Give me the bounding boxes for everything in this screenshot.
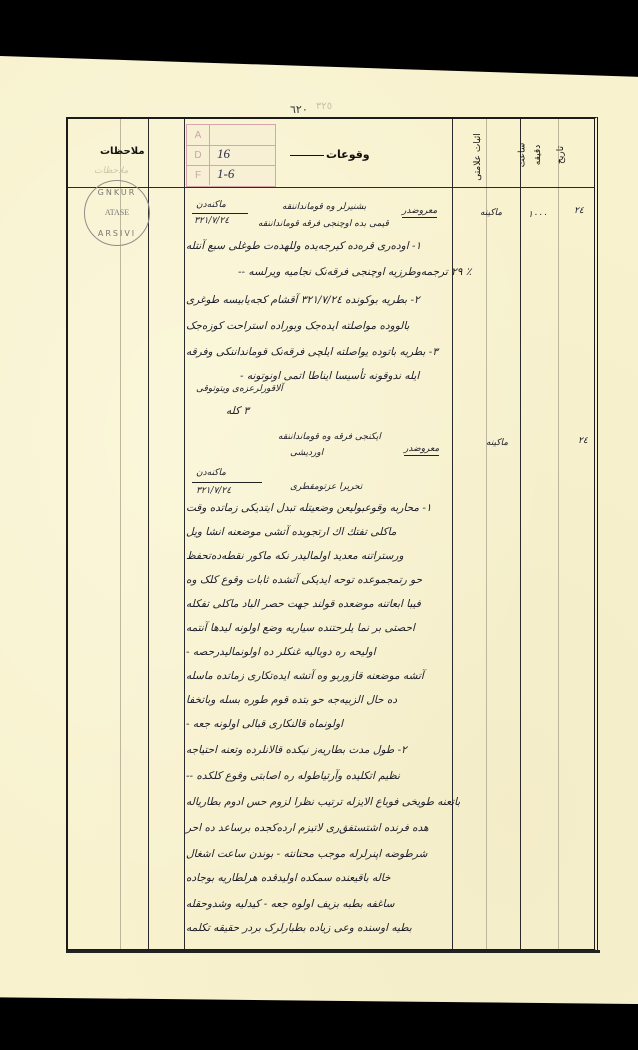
entry-2-heading: معروضدر bbox=[404, 444, 439, 456]
entry-2-line: خاله باقیعنده سمکده اولیدقده هرلطاریه بو… bbox=[186, 872, 391, 884]
attachment-inner-rule bbox=[486, 119, 487, 949]
entry-2-line: نظیم اتکلیده وآرتیاطوله ره اصابتی وقوع ک… bbox=[186, 770, 400, 782]
entry-2-marker: ماکینه bbox=[486, 438, 508, 448]
entry-1-line: ٪ ٢٩ ترجمه‌وطرزیه اوچنجی فرقه‌نک نجامیه … bbox=[238, 266, 471, 278]
entry-1-line: آلاقورلرعزه‌ی ویتوتوقی bbox=[196, 384, 283, 394]
adf-row-f: F 1-6 bbox=[187, 165, 275, 185]
attachment-header: اثبات علامتی bbox=[473, 133, 483, 181]
date-header: تاریخ bbox=[556, 146, 566, 164]
entry-1-line: ٣ کله bbox=[226, 405, 249, 417]
subject-header: وقوعات bbox=[326, 148, 370, 161]
archive-stamp: GNKUR ATASE ARSIVI bbox=[84, 180, 150, 246]
frame-bottom-border bbox=[66, 950, 600, 953]
entry-1-addressee-2: قیمی بده اوچنجی فرقه قومانداننقه bbox=[258, 219, 389, 229]
minute-header: دقیقه bbox=[533, 145, 543, 165]
adf-row-a: A bbox=[187, 125, 275, 146]
entry-1-line: ٣- بطریه باتوده یواصلته ایلچی فرقه‌نک قو… bbox=[186, 346, 438, 358]
entry-2-signature-rule bbox=[192, 482, 262, 483]
entry-2-addressee-1: ایکنجی فرقه وه قومانداننقه bbox=[278, 432, 381, 442]
entry-2-line: باتعنه طویخی فوباع الایزله ترتیب نظرا لز… bbox=[186, 796, 460, 808]
entry-2-line: اولیحه ره دوبالیه غنکلر ده اولونمالیدرحص… bbox=[186, 646, 376, 658]
entry-2-line: ده حال الزبیه‌جه حو بتده قوم طوره بسله و… bbox=[186, 694, 397, 706]
remarks-column-divider bbox=[148, 119, 149, 949]
entry-2-line: ساغفه بطبه بزیف اولوه جعه - کیدلیه وشدوح… bbox=[186, 898, 395, 910]
entry-2-line: ١- محاربه وقوعبولیعن وضعیتله تبدل ایتدیک… bbox=[186, 502, 432, 514]
entry-2-line: احصتی بر نما یلرحتنده سیاریه وضع اولونه … bbox=[186, 622, 415, 634]
entry-1-time: ١٠٠٠ bbox=[528, 210, 547, 220]
entry-2-line: ٢- طول مدت بطاریه‌ز نیکده قالانلرده وتعن… bbox=[186, 744, 407, 756]
entry-2-line: هده فرنده اشتستفق‌ری لاتیزم ارده‌کجده بر… bbox=[186, 822, 429, 834]
entry-1-marker: ماکینه bbox=[480, 208, 502, 218]
adf-row-d: D 16 bbox=[187, 145, 275, 166]
entry-1-heading: معروضدر bbox=[402, 206, 437, 218]
entry-2-addressee-2: اوردیشی bbox=[290, 448, 323, 458]
entry-2-date: ٢٤ bbox=[578, 436, 588, 446]
entry-2-line: حو رتمجموعده توحه ایدیکی آتشده ثابات وقو… bbox=[186, 574, 422, 586]
subject-dash bbox=[290, 155, 324, 156]
subject-column-left-divider bbox=[184, 119, 185, 949]
entry-2-line: ورستراتنه معدید اولمالیدر نکه ماکور نقطه… bbox=[186, 550, 404, 562]
time-header: ساعت bbox=[517, 143, 527, 168]
entry-2-line: ماکلی تفتك اك ارتجو‌بده آتشی موضعنه انشا… bbox=[186, 526, 396, 538]
entry-1-signature-rule bbox=[192, 213, 248, 214]
attachment-column-divider bbox=[520, 119, 521, 949]
entry-1-date: ٢٤ bbox=[574, 206, 584, 216]
entry-1-line: ١- اوده‌ری قره‌ده کیرجه‌یده وللهده‌ت طوغ… bbox=[186, 240, 421, 252]
entry-2-line: اولونماه قالنکاری قبالی اولونه جعه - bbox=[186, 718, 343, 730]
entry-2-addressee-3: تحریرا عزتومقطری bbox=[290, 482, 362, 492]
entry-1-dateline: ٣٢١/٧/٢٤ bbox=[194, 216, 229, 226]
entry-2-line: آتشه موضعنه قازوربو وه آتشه ایده‌تکاری ز… bbox=[186, 670, 424, 682]
adf-archive-stamp: A D 16 F 1-6 bbox=[186, 124, 276, 187]
entry-1-addressee-1: بشنیرلر وه قومانداننقه bbox=[282, 202, 366, 212]
page-number-faded: ٣٢٥ bbox=[316, 101, 332, 112]
entry-1-signature: ماکنه‌دن bbox=[196, 200, 226, 210]
entry-1-line: بالووده مواصلته ایده‌جک وبوراده استراحت … bbox=[186, 320, 409, 332]
entry-2-line: شرطوضه اپنرلرله موجب محنانته - بوندن ساع… bbox=[186, 848, 427, 860]
entry-2-line: فیبا ابعاتنه موضعده قولند جهت حصر الباد … bbox=[186, 598, 421, 610]
page-number: ٦٢٠ bbox=[290, 103, 308, 116]
subject-column-right-divider bbox=[452, 119, 453, 949]
faded-ghost-text: ملاحظات bbox=[94, 166, 128, 176]
entry-2-dateline: ٣٢١/٧/٢٤ bbox=[196, 486, 231, 496]
remarks-header: ملاحظات bbox=[100, 146, 145, 157]
time-inner-rule bbox=[558, 119, 559, 949]
entry-1-line: ٢- بطریه بوکونده ٣٢١/٧/٢٤ آقشام کجه‌یابی… bbox=[186, 294, 420, 306]
entry-2-signature: ماکنه‌دن bbox=[196, 468, 226, 478]
entry-1-line: ایله ندوقونه تأسیسا ایناطا اتمی اونوتونه… bbox=[240, 370, 419, 382]
entry-2-line: بطیه اوسنده وعی زیاده بطبارلرک بردر حقیق… bbox=[186, 922, 412, 934]
